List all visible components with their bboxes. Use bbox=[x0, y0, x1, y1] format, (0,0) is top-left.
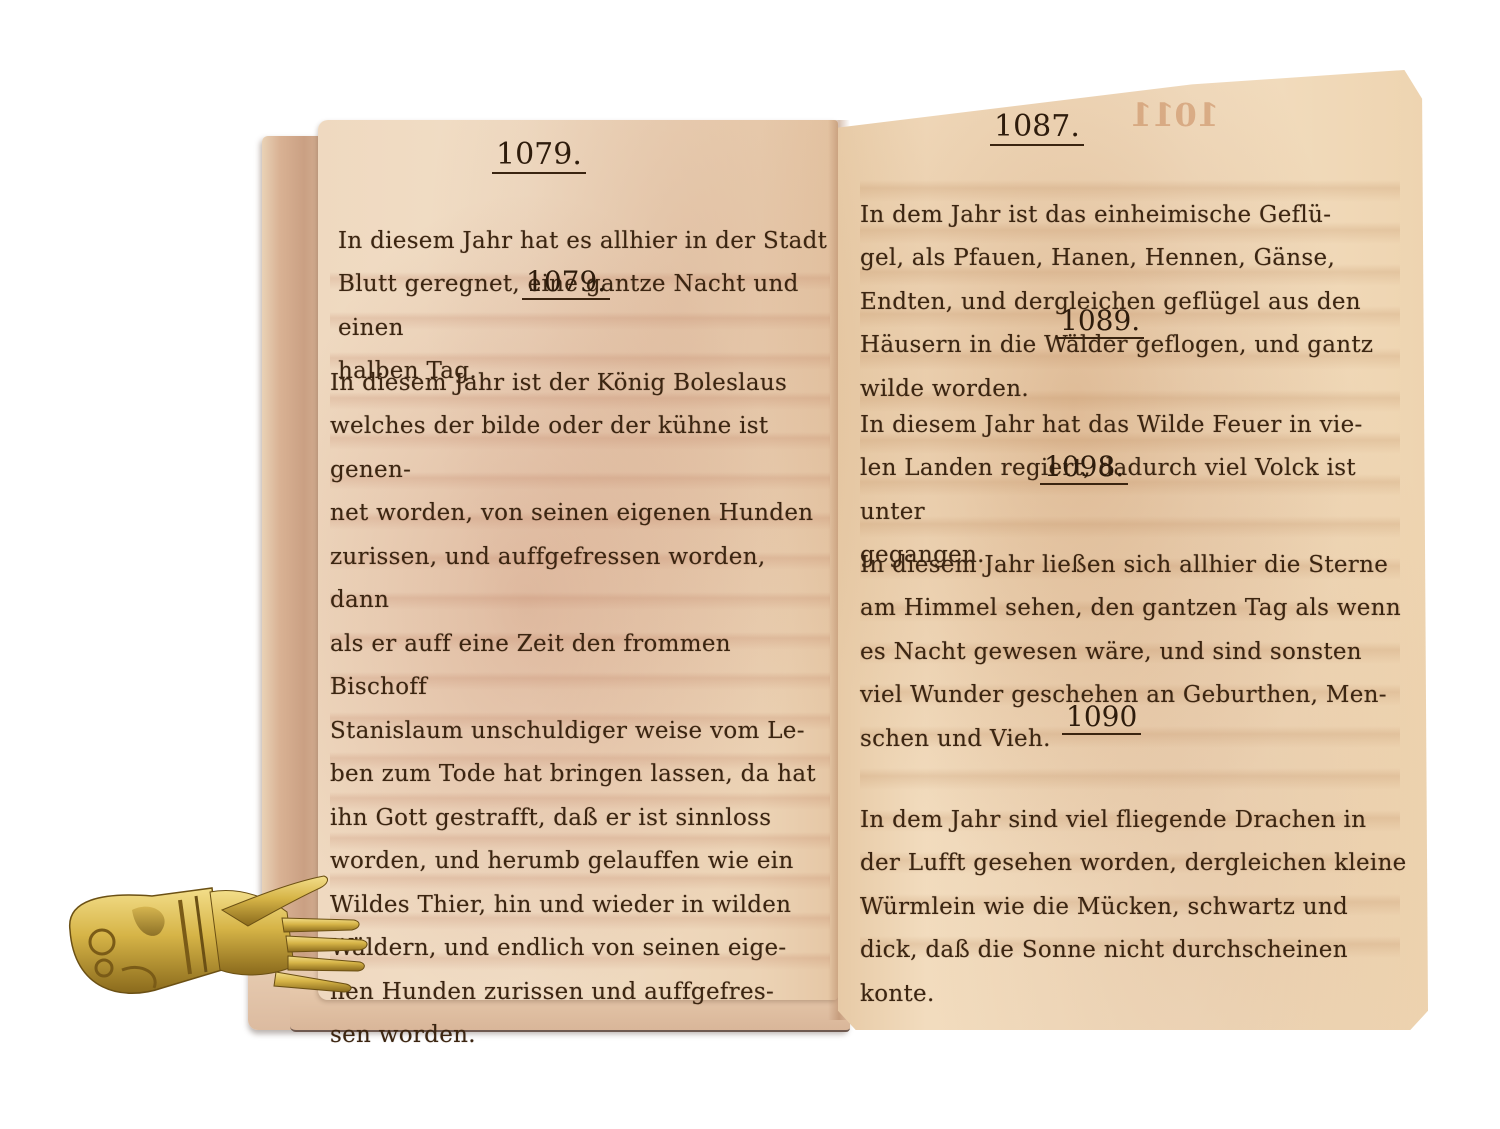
bleed-through-year: 1011 bbox=[1130, 96, 1219, 134]
left-page-heading-year: 1079. bbox=[492, 140, 586, 174]
right-entry-2-year: 1098. bbox=[1040, 453, 1128, 485]
left-entry-2: In diesem Jahr ist der König Boleslaus w… bbox=[330, 318, 830, 1058]
manuscript-photo: 1079. In diesem Jahr hat es allhier in d… bbox=[0, 0, 1500, 1129]
right-entry-4-text: In dem Jahr sind viel fliegende Drachen … bbox=[860, 807, 1407, 1007]
right-page-heading-year: 1087. bbox=[990, 112, 1084, 146]
left-entry-1-year: 1079. bbox=[522, 268, 610, 300]
right-entry-1-year: 1089. bbox=[1056, 307, 1144, 339]
right-entry-4: In dem Jahr sind viel fliegende Drachen … bbox=[860, 755, 1420, 1016]
brass-hand-clip-icon bbox=[62, 870, 372, 1020]
left-entry-2-text: In diesem Jahr ist der König Boleslaus w… bbox=[330, 370, 816, 1049]
right-entry-3-year: 1090 bbox=[1062, 703, 1141, 735]
